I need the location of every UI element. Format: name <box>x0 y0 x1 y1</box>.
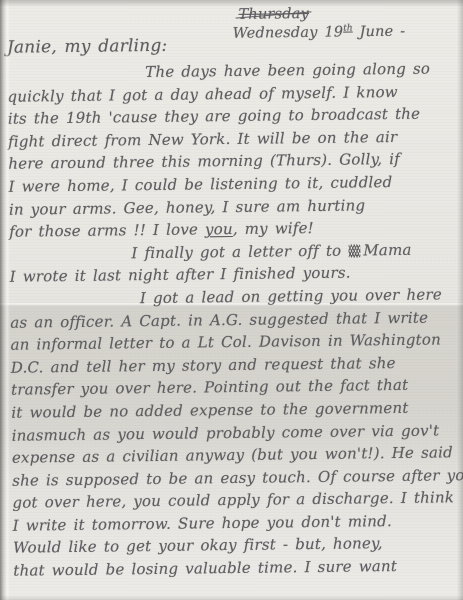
letter-page: Thursday Wednesday 19th June - Janie, my… <box>0 0 463 600</box>
handwritten-letter: Thursday Wednesday 19th June - Janie, my… <box>0 0 463 600</box>
date-block: Thursday Wednesday 19th June - <box>232 5 405 43</box>
crossed-out-day: Thursday <box>238 6 309 24</box>
love-line-post: , my wife! <box>233 219 314 238</box>
letter-body: The days have been going along so quickl… <box>7 57 462 582</box>
mama-line-post: Mama <box>363 241 411 260</box>
salutation: Janie, my darling: <box>7 36 168 58</box>
date-number: 19 <box>324 24 343 40</box>
love-line-pre: for those arms !! I love <box>9 220 205 240</box>
date-day: Wednesday <box>233 25 318 42</box>
letter-line: that would be losing valuable time. I su… <box>13 554 462 582</box>
underlined-you: you <box>205 220 233 238</box>
mama-line-pre: I finally got a letter off to <box>131 241 348 262</box>
date-suffix: th <box>343 23 353 33</box>
date-rest: June - <box>359 24 405 41</box>
scribble-mark-icon <box>348 244 360 257</box>
